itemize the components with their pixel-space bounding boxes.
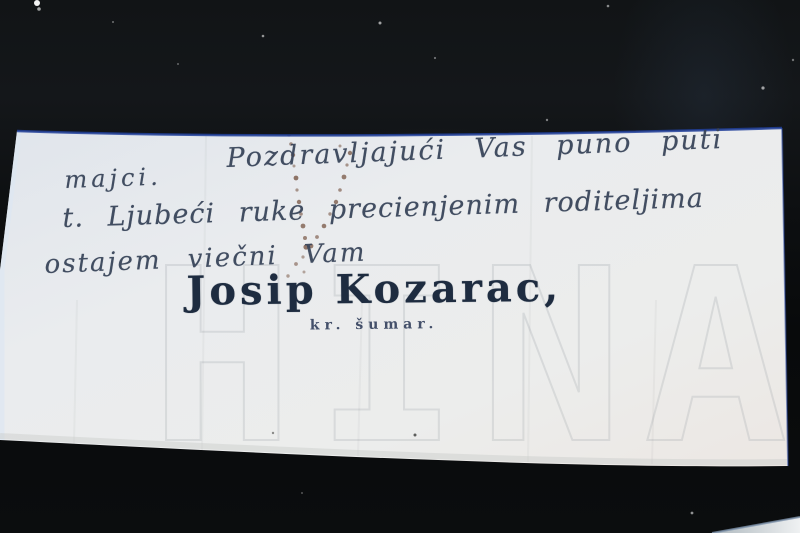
printed-name: Josip Kozarac, — [164, 264, 584, 315]
corner-paper-sliver — [712, 517, 800, 533]
photo-scene: HINA — [0, 0, 800, 533]
handwriting-line1-start: majci. — [64, 163, 162, 194]
